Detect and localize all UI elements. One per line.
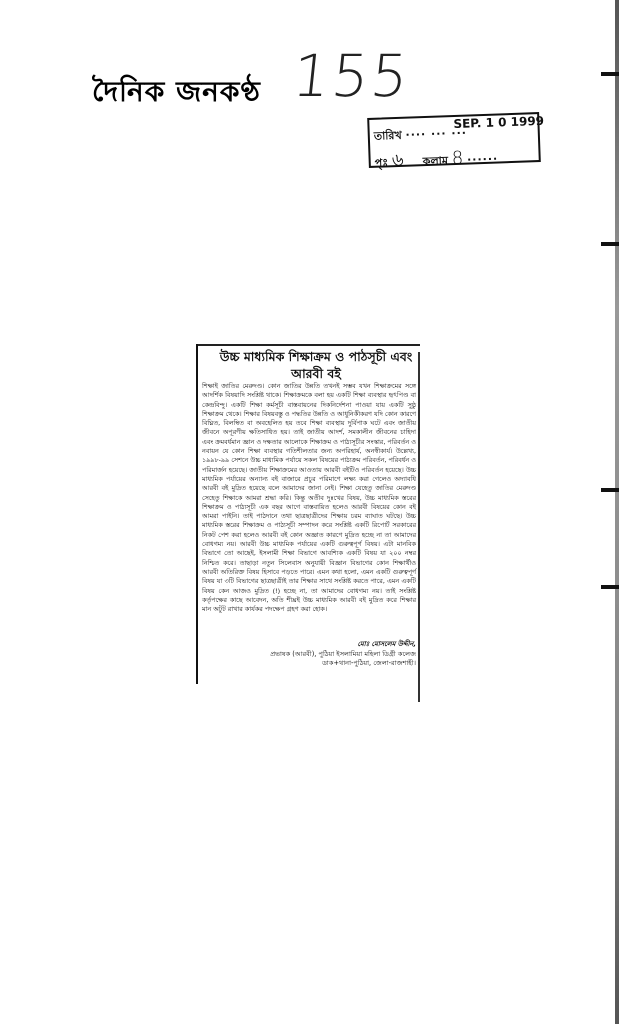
headline-line-2: আরবী বই: [216, 365, 416, 382]
stamp-date-label: তারিখ: [374, 129, 402, 143]
stamp-column-label: কলাম: [423, 154, 449, 168]
handwritten-page-number: 155: [289, 42, 413, 110]
author-name: মোঃ মোসলেম উদ্দীন,: [236, 640, 416, 650]
headline-line-1: উচ্চ মাধ্যমিক শিক্ষাক্রম ও পাঠসূচী এবং: [216, 348, 416, 365]
article-body: শিক্ষাই জাতির মেরুদণ্ড। কোন জাতির উন্নতি…: [202, 382, 416, 614]
stamp-date-value: SEP. 1 0 1999: [453, 114, 544, 131]
scan-edge-mark: [601, 72, 619, 76]
stamp-dots: ······: [467, 152, 499, 166]
scan-right-edge: [615, 0, 619, 1024]
newspaper-clipping: উচ্চ মাধ্যমিক শিক্ষাক্রম ও পাঠসূচী এবং আ…: [196, 344, 420, 704]
scan-edge-mark: [601, 488, 619, 492]
date-stamp: তারিখ ···· ··· ··· SEP. 1 0 1999 পৃঃ ৬ ক…: [367, 112, 541, 168]
clipping-left-rule: [196, 344, 198, 684]
article-headline: উচ্চ মাধ্যমিক শিক্ষাক্রম ও পাঠসূচী এবং আ…: [216, 348, 416, 382]
newspaper-masthead: দৈনিক জনকণ্ঠ: [92, 70, 261, 117]
stamp-page-label: পৃঃ: [375, 156, 389, 169]
clipping-right-rule: [418, 352, 420, 702]
scan-edge-mark: [601, 242, 619, 246]
author-address: ডাক+থানা-পুঠিয়া, জেলা-রাজশাহী।: [236, 659, 416, 669]
stamp-page-row: পৃঃ ৬ কলাম 8 ······: [374, 142, 498, 177]
article-byline: মোঃ মোসলেম উদ্দীন, প্রভাষক (আরবী), পুঠিয…: [236, 640, 416, 669]
scan-edge-mark: [601, 585, 619, 589]
author-title: প্রভাষক (আরবী), পুঠিয়া ইসলামিয়া মহিলা …: [236, 650, 416, 660]
stamp-page-value: ৬: [392, 150, 404, 171]
stamp-column-value: 8: [451, 148, 463, 169]
clipping-top-rule: [196, 344, 420, 346]
